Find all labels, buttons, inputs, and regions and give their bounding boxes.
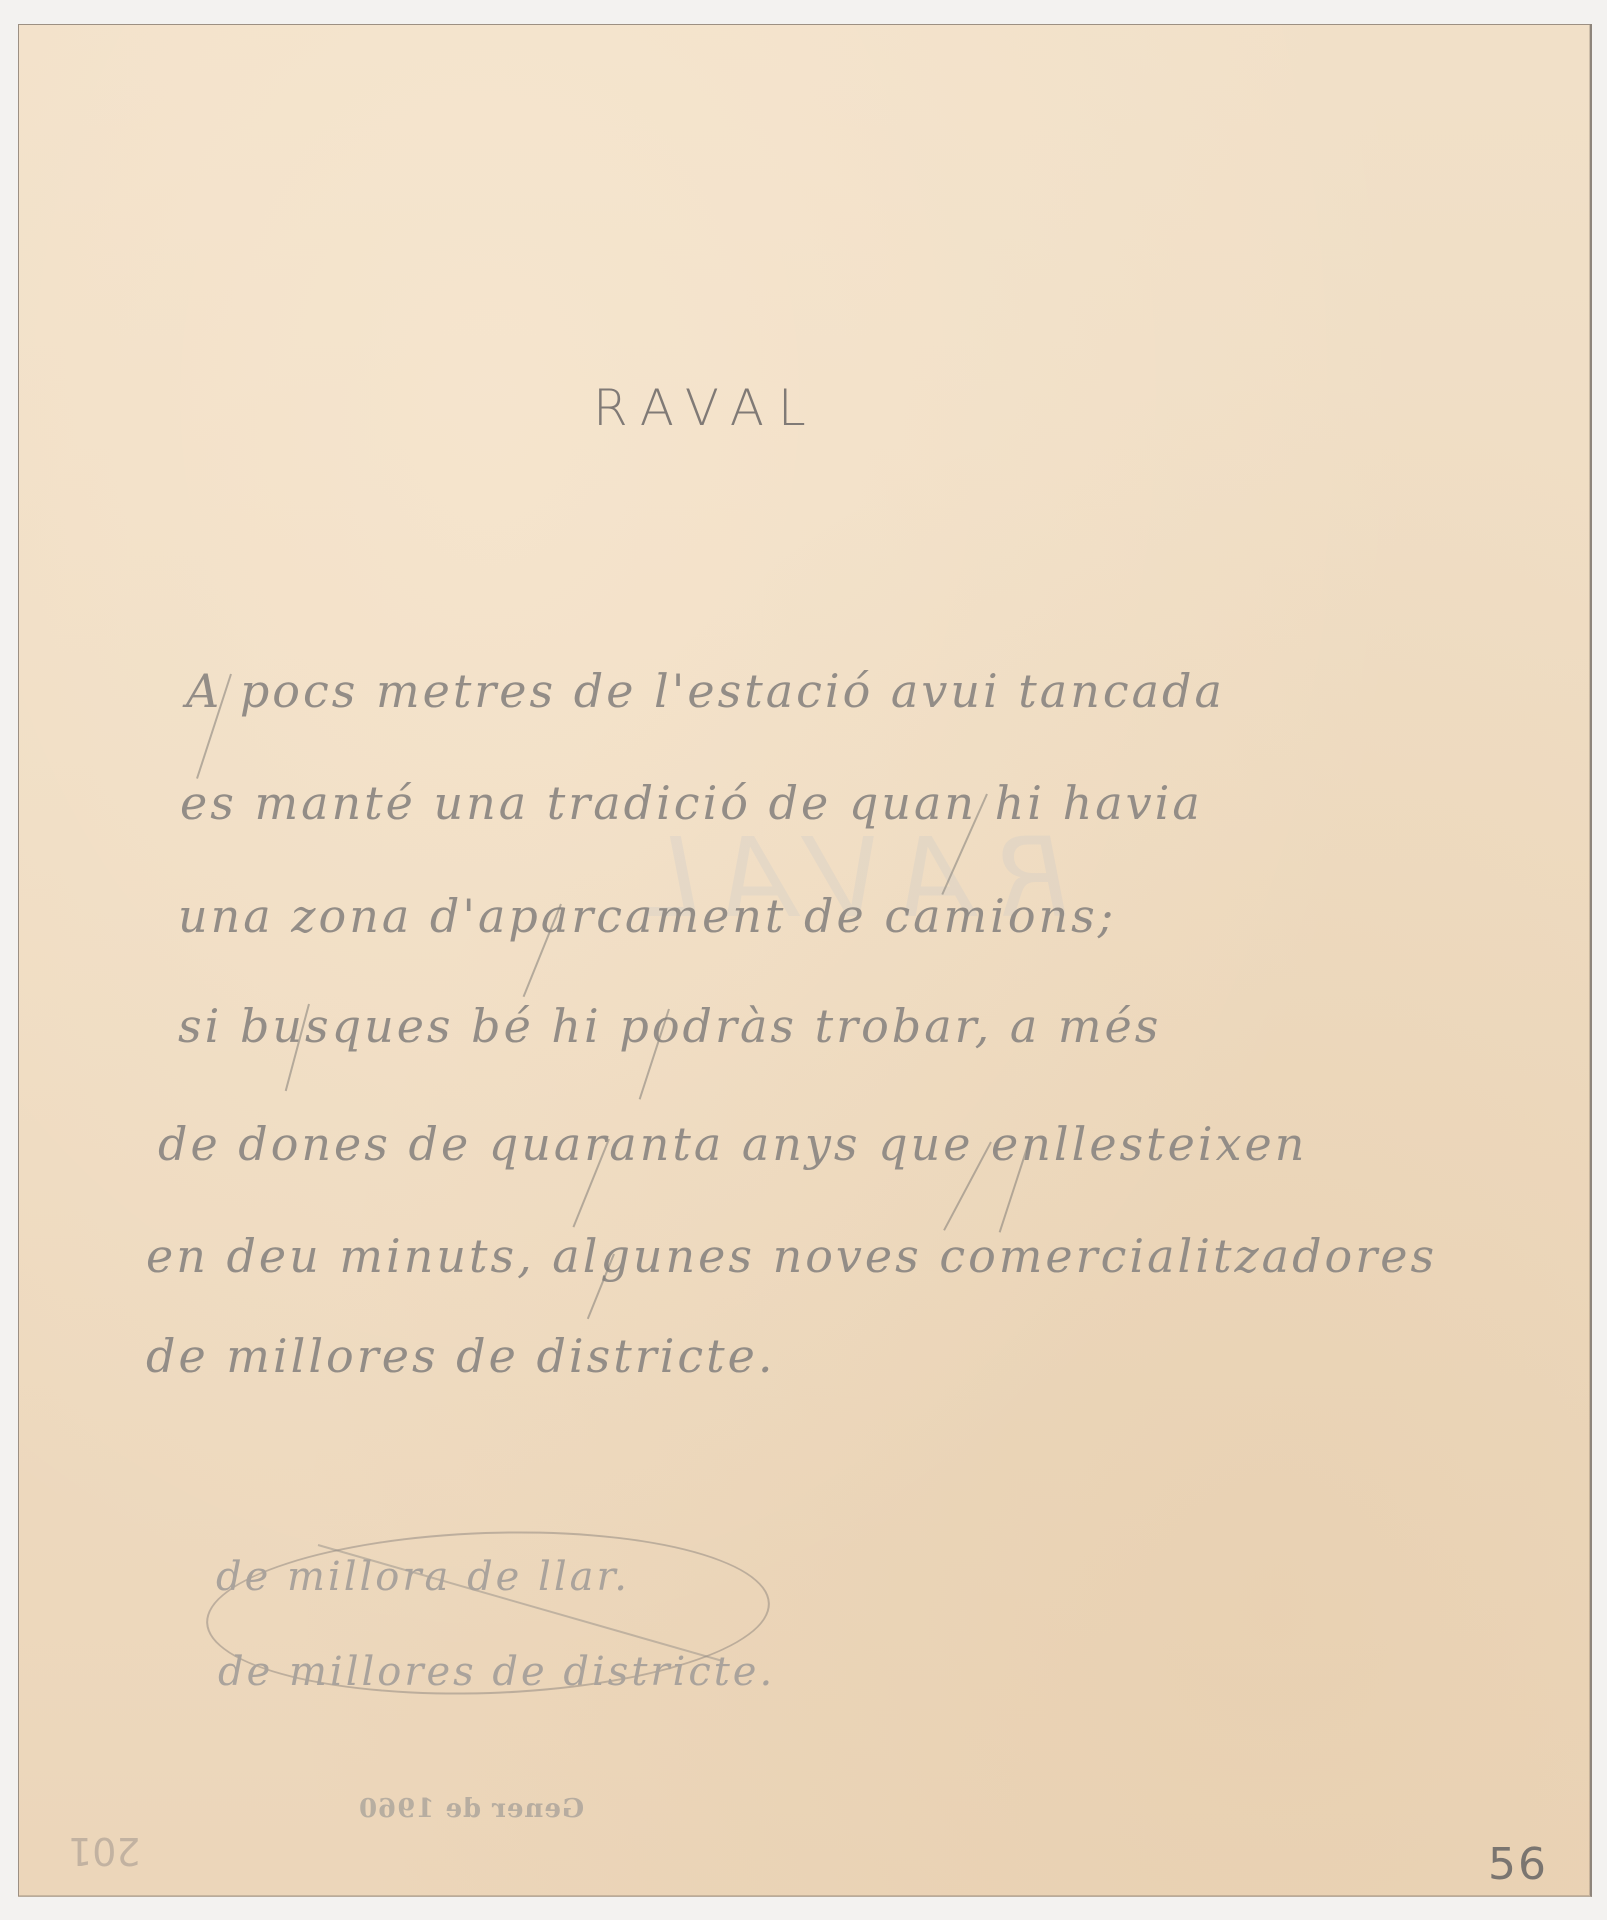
poem-title: RAVAL — [593, 379, 820, 437]
archive-reference-number: 201 — [68, 1829, 141, 1873]
poem-line-2: es manté una tradició de quan hi havia — [180, 776, 1203, 830]
poem-line-4: si busques bé hi podràs trobar, a més — [178, 999, 1161, 1053]
poem-line-1: A pocs metres de l'estació avui tancada — [186, 664, 1225, 718]
draft-note-2: de millores de districte. — [218, 1649, 775, 1695]
draft-note-1: de millora de llar. — [216, 1554, 630, 1600]
poem-line-5: de dones de quaranta anys que enllesteix… — [158, 1117, 1307, 1171]
date-stamp-mirrored: Gener de 1960 — [358, 1794, 584, 1824]
manuscript-paper: RAVAL RAVAL A pocs metres de l'estació a… — [18, 24, 1592, 1897]
poem-line-7: de millores de districte. — [146, 1329, 776, 1383]
poem-line-6: en deu minuts, algunes noves comercialit… — [146, 1229, 1437, 1283]
page-number: 56 — [1488, 1839, 1548, 1890]
poem-line-3: una zona d'aparcament de camions; — [178, 889, 1116, 943]
scanned-page: RAVAL RAVAL A pocs metres de l'estació a… — [0, 0, 1607, 1920]
